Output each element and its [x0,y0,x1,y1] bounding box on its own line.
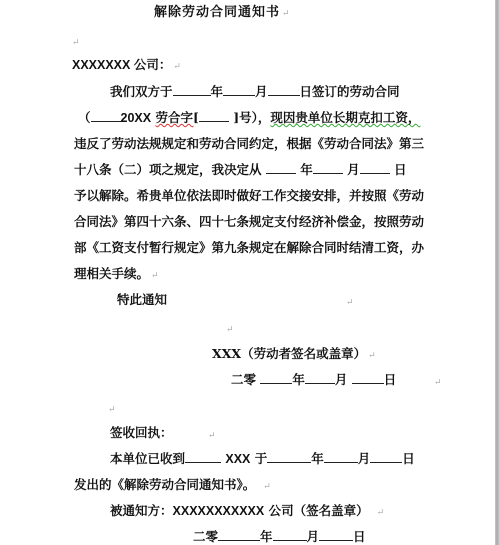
notified-party-line: 被通知方：XXXXXXXXXXX 公司（签名盖章）↵ [110,503,384,521]
empty-paragraph: ↵ [70,33,80,51]
month-blank[interactable] [223,84,255,96]
day-blank[interactable] [319,529,353,541]
paragraph-mark-icon: ↵ [263,482,271,492]
paragraph-mark-icon: ↵ [368,351,376,361]
paragraph-mark-icon: ↵ [432,373,442,391]
body-line-3: 违反了劳动法规规定和劳动合同约定，根据《劳动合同法》第三 [74,136,424,152]
paragraph-mark-icon: ↵ [151,271,159,281]
addressee: XXXXXXX 公司：↵ [72,57,181,75]
body-line-1: 我们双方于年月日签订的劳动合同 [110,84,400,100]
body-line-6: 合同法》第四十六条、四十七条规定支付经济补偿金，按照劳动 [74,214,424,230]
month-blank[interactable] [313,162,343,174]
signer-line: XXX（劳动者签名或盖章）↵ [212,346,376,364]
month-blank[interactable] [305,372,335,384]
contract-prefix-blank[interactable] [91,110,121,122]
year-blank[interactable] [267,451,311,463]
day-blank[interactable] [352,372,384,384]
document-title: 解除劳动合同通知书↵ [154,5,291,22]
body-line-8: 理相关手续。↵ [74,266,159,284]
paragraph-mark-icon: ↵ [206,426,216,444]
day-blank[interactable] [360,162,390,174]
body-line-4: 十八条（二）项之规定，我决定从 年 月 日 [74,162,407,178]
month-blank[interactable] [324,451,358,463]
notice-text: 特此通知 [117,292,167,308]
body-line-5: 予以解除。希贵单位依法即时做好工作交接安排，并按照《劳动 [74,188,424,204]
body-line-7: 部《工资支付暂行规定》第九条规定在解除合同时结清工资，办 [74,240,424,256]
receipt-heading: 签收回执： [110,425,173,441]
day-blank[interactable] [268,84,300,96]
date-line-2: 二零年月日 [193,529,366,545]
body-line-2: （20XX 劳合字[ ]号），现因贵单位长期克扣工资， [78,110,420,126]
paragraph-mark-icon: ↵ [282,9,291,19]
receipt-line-1: 本单位已收到 XXX 于年月日 [110,451,415,467]
year-blank[interactable] [260,372,292,384]
document-page[interactable]: 解除劳动合同通知书↵ ↵ XXXXXXX 公司：↵ 我们双方于年月日签订的劳动合… [0,0,495,545]
paragraph-mark-icon: ↵ [224,320,234,338]
year-blank[interactable] [173,84,211,96]
paragraph-mark-icon: ↵ [72,38,80,48]
receipt-line-2: 发出的《解除劳动合同通知书》。↵ [74,477,271,495]
year-blank[interactable] [218,529,260,541]
vertical-scrollbar[interactable] [495,0,500,545]
month-blank[interactable] [273,529,307,541]
contract-number-blank[interactable] [199,110,229,122]
paragraph-mark-icon: ↵ [173,62,181,72]
paragraph-mark-icon: ↵ [344,293,354,311]
paragraph-mark-icon: ↵ [106,400,116,418]
year-blank[interactable] [266,162,296,174]
receiver-blank[interactable] [185,451,221,463]
day-blank[interactable] [370,451,402,463]
paragraph-mark-icon: ↵ [377,508,385,518]
date-line-1: 二零 年月 日 [231,372,396,388]
